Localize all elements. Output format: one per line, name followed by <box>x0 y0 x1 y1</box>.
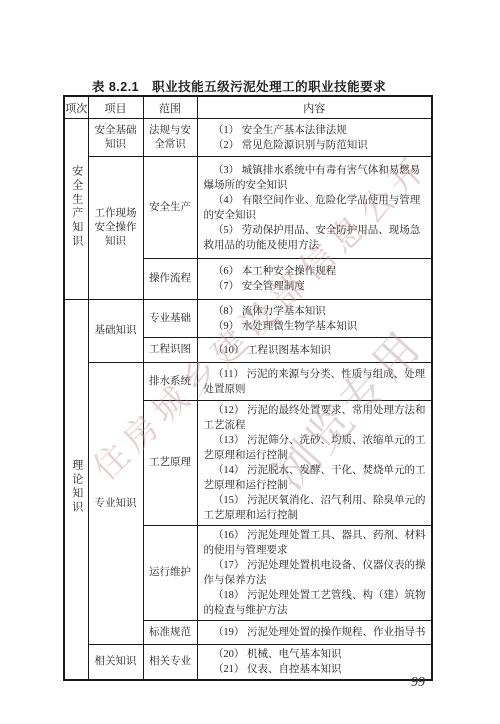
project-cell-related: 相关知识 <box>88 645 143 681</box>
content-item: （1） 安全生产基本法律法规 <box>204 123 428 138</box>
content-item: （12） 污泥的最终处置要求、常用处理方法和工艺流程 <box>204 403 428 433</box>
group-label-safety-production: 安全生产知识 <box>71 165 82 249</box>
content-cell-r1: （1） 安全生产基本法律法规（2） 常见危险源识别与防范知识 <box>197 119 432 157</box>
group-label-theory: 理论知识 <box>71 459 82 515</box>
table-header-row: 项次 项目 范围 内容 <box>64 96 432 119</box>
group-cell-safety-production: 安全生产知识 <box>64 119 88 300</box>
content-cell-r4: （8） 流体力学基本知识（9） 水处理微生物学基本知识 <box>197 300 432 338</box>
content-cell-r3: （6） 本工种安全操作规程（7） 安全管理制度 <box>197 259 432 300</box>
table-title: 表 8.2.1 职业技能五级污泥处理工的职业技能要求 <box>55 77 423 95</box>
document-page: 表 8.2.1 职业技能五级污泥处理工的职业技能要求 项次 项目 范围 内容 安… <box>0 0 500 724</box>
content-item: （6） 本工种安全操作规程 <box>204 264 428 279</box>
content-item: （14） 污泥脱水、发酵、干化、焚烧单元的工艺原理和运行控制 <box>204 463 428 493</box>
content-item: （5） 劳动保护用品、安全防护用品、现场急救用品的功能及使用方法 <box>204 223 428 253</box>
content-item: （7） 安全管理制度 <box>204 279 428 294</box>
content-cell-r8: （16） 污泥处理处置工具、器具、药剂、材料的使用与管理要求（17） 污泥处理处… <box>197 526 432 621</box>
scope-cell-engineering-drawing: 工程识图 <box>143 338 197 363</box>
content-item: （19） 污泥处理处置的操作规程、作业指导书 <box>204 625 428 640</box>
scope-cell-operation-maintenance: 运行维护 <box>143 526 197 621</box>
project-cell-basic: 基础知识 <box>88 300 143 363</box>
col-header-project: 项目 <box>88 96 143 119</box>
content-item: （20） 机械、电气基本知识 <box>204 647 428 662</box>
content-item: （11） 污泥的来源与分类、性质与组成、处理处置原则 <box>204 367 428 397</box>
content-item: （8） 流体力学基本知识 <box>204 304 428 319</box>
project-cell-worksite-safety: 工作现场安全操作知识 <box>88 157 143 300</box>
content-cell-r9: （19） 污泥处理处置的操作规程、作业指导书 <box>197 621 432 645</box>
content-item: （10） 工程识图基本知识 <box>204 343 428 358</box>
content-cell-r7: （12） 污泥的最终处置要求、常用处理方法和工艺流程（13） 污泥筛分、洗砂、均… <box>197 401 432 526</box>
content-item: （4） 有限空间作业、危险化学品使用与管理的安全知识 <box>204 193 428 223</box>
content-item: （9） 水处理微生物学基本知识 <box>204 319 428 334</box>
content-item: （15） 污泥厌氧消化、沼气利用、除臭单元的工艺原理和运行控制 <box>204 493 428 523</box>
content-item: （2） 常见危险源识别与防范知识 <box>204 138 428 153</box>
table-row: 专业知识 排水系统 （11） 污泥的来源与分类、性质与组成、处理处置原则 <box>64 363 432 401</box>
content-item: （16） 污泥处理处置工具、器具、药剂、材料的使用与管理要求 <box>204 528 428 558</box>
table-row: 安全生产知识 安全基础知识 法规与安全常识 （1） 安全生产基本法律法规（2） … <box>64 119 432 157</box>
content-cell-r2: （3） 城镇排水系统中有毒有害气体和易燃易爆场所的安全知识（4） 有限空间作业、… <box>197 157 432 259</box>
content-item: （3） 城镇排水系统中有毒有害气体和易燃易爆场所的安全知识 <box>204 163 428 193</box>
project-cell-safety-basic: 安全基础知识 <box>88 119 143 157</box>
table-row: 相关知识 相关专业 （20） 机械、电气基本知识（21） 仪表、自控基本知识 <box>64 645 432 681</box>
scope-cell-professional-basic: 专业基础 <box>143 300 197 338</box>
group-cell-theory: 理论知识 <box>64 300 88 681</box>
scope-cell-drainage-system: 排水系统 <box>143 363 197 401</box>
content-item: （17） 污泥处理处置机电设备、仪器仪表的操作与保养方法 <box>204 558 428 588</box>
project-cell-professional: 专业知识 <box>88 363 143 645</box>
col-header-scope: 范围 <box>143 96 197 119</box>
content-item: （13） 污泥筛分、洗砂、均质、浓缩单元的工艺原理和运行控制 <box>204 433 428 463</box>
content-cell-r5: （10） 工程识图基本知识 <box>197 338 432 363</box>
col-header-item-order: 项次 <box>64 96 88 119</box>
scope-cell-related-professional: 相关专业 <box>143 645 197 681</box>
page-number: 99 <box>385 675 425 691</box>
scope-cell-operation-flow: 操作流程 <box>143 259 197 300</box>
content-item: （18） 污泥处理处置工艺管线、构（建）筑物的检查与维护方法 <box>204 588 428 618</box>
scope-cell-process-principle: 工艺原理 <box>143 401 197 526</box>
table-row: 理论知识 基础知识 专业基础 （8） 流体力学基本知识（9） 水处理微生物学基本… <box>64 300 432 338</box>
scope-cell-standards: 标准规范 <box>143 621 197 645</box>
scope-cell-safe-production: 安全生产 <box>143 157 197 259</box>
table-row: 工作现场安全操作知识 安全生产 （3） 城镇排水系统中有毒有害气体和易燃易爆场所… <box>64 157 432 259</box>
col-header-content: 内容 <box>197 96 432 119</box>
skill-requirements-table: 项次 项目 范围 内容 安全生产知识 安全基础知识 法规与安全常识 （1） 安全… <box>63 95 433 681</box>
content-cell-r6: （11） 污泥的来源与分类、性质与组成、处理处置原则 <box>197 363 432 401</box>
scope-cell-regulations: 法规与安全常识 <box>143 119 197 157</box>
